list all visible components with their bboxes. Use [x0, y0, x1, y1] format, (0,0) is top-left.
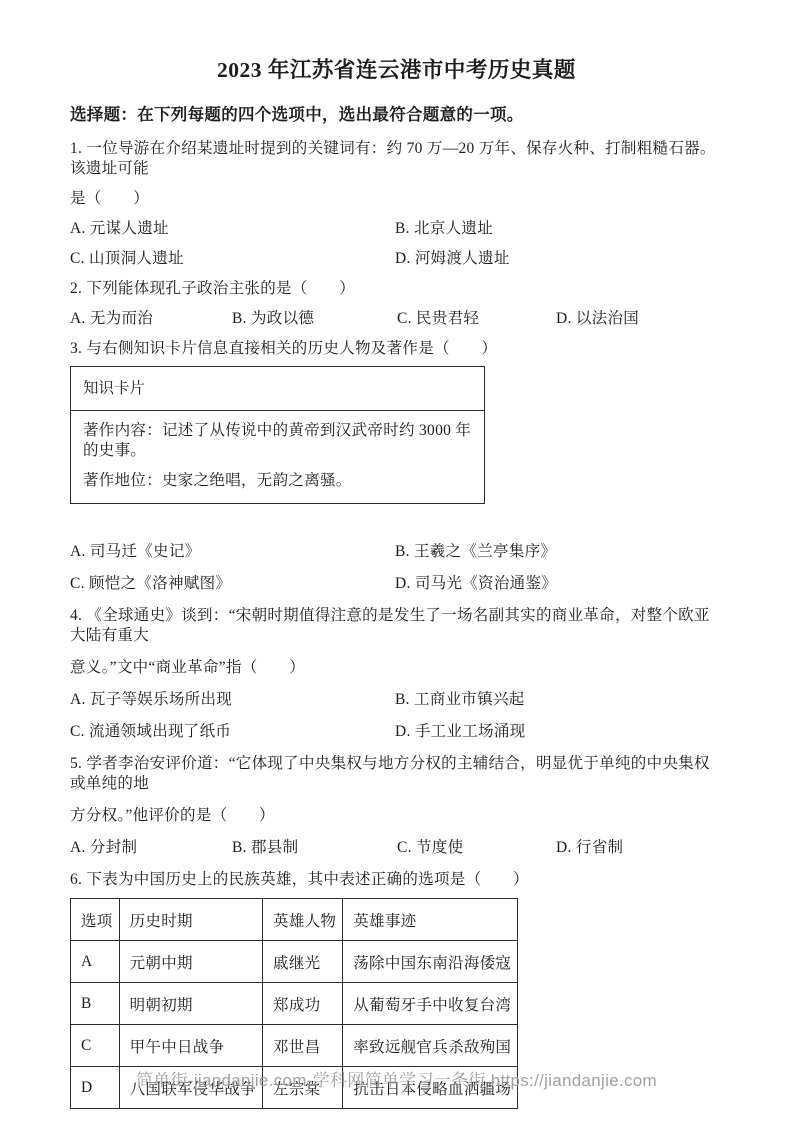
- table-cell: 元朝中期: [119, 941, 262, 983]
- table-row: B 明朝初期 郑成功 从葡萄牙手中收复台湾: [71, 983, 518, 1025]
- q3-options-row-2: C. 顾恺之《洛神赋图》 D. 司马光《资治通鉴》: [70, 574, 723, 594]
- table-cell: 荡除中国东南沿海倭寇: [343, 941, 518, 983]
- q1-options-row-2: C. 山顶洞人遗址 D. 河姆渡人遗址: [70, 249, 723, 269]
- q2-option-b: B. 为政以德: [232, 309, 397, 329]
- q4-options-row-2: C. 流通领域出现了纸币 D. 手工业工场涌现: [70, 722, 723, 742]
- table-header-deed: 英雄事迹: [343, 899, 518, 941]
- table-cell: 郑成功: [263, 983, 343, 1025]
- q3-stem-line-1: 3. 与右侧知识卡片信息直接相关的历史人物及著作是（ ）: [70, 339, 723, 359]
- q1-stem-line-2: 是（ ）: [70, 189, 723, 209]
- table-cell: B: [71, 983, 120, 1025]
- heroes-table-header-row: 选项 历史时期 英雄人物 英雄事迹: [71, 899, 518, 941]
- table-cell: C: [71, 1025, 120, 1067]
- q4-option-b: B. 工商业市镇兴起: [395, 690, 525, 710]
- q5-option-d: D. 行省制: [556, 838, 623, 858]
- q5-option-c: C. 节度使: [397, 838, 556, 858]
- knowledge-card-line-1: 著作内容：记述了从传说中的黄帝到汉武帝时约 3000 年的史事。: [83, 421, 472, 461]
- q5-stem-line-1: 5. 学者李治安评价道：“它体现了中央集权与地方分权的主辅结合，明显优于单纯的中…: [70, 754, 723, 794]
- q5-options-row: A. 分封制 B. 郡县制 C. 节度使 D. 行省制: [70, 838, 723, 858]
- knowledge-card-title: 知识卡片: [71, 367, 484, 411]
- exam-content: 2023 年江苏省连云港市中考历史真题 选择题：在下列每题的四个选项中，选出最符…: [0, 56, 793, 1109]
- table-cell: 甲午中日战争: [119, 1025, 262, 1067]
- q4-stem-line-1: 4. 《全球通史》谈到：“宋朝时期值得注意的是发生了一场名副其实的商业革命，对整…: [70, 606, 723, 646]
- q4-option-c: C. 流通领域出现了纸币: [70, 722, 395, 742]
- q2-option-d: D. 以法治国: [556, 309, 639, 329]
- q5-option-b: B. 郡县制: [232, 838, 397, 858]
- table-header-era: 历史时期: [119, 899, 262, 941]
- knowledge-card: 知识卡片 著作内容：记述了从传说中的黄帝到汉武帝时约 3000 年的史事。 著作…: [70, 366, 485, 504]
- table-row: C 甲午中日战争 邓世昌 率致远舰官兵杀敌殉国: [71, 1025, 518, 1067]
- q2-stem-line-1: 2. 下列能体现孔子政治主张的是（ ）: [70, 279, 723, 299]
- q4-stem-line-2: 意义。”文中“商业革命”指（ ）: [70, 658, 723, 678]
- q1-options-row-1: A. 元谋人遗址 B. 北京人遗址: [70, 219, 723, 239]
- exam-document-page: 2023 年江苏省连云港市中考历史真题 选择题：在下列每题的四个选项中，选出最符…: [0, 0, 793, 1122]
- table-header-option: 选项: [71, 899, 120, 941]
- table-header-hero: 英雄人物: [263, 899, 343, 941]
- q5-stem-line-2: 方分权。”他评价的是（ ）: [70, 806, 723, 826]
- footer-watermark: 简单街-jiandanjie.com-学科网简单学习一条街 https://ji…: [0, 1070, 793, 1092]
- q1-option-b: B. 北京人遗址: [395, 219, 493, 239]
- knowledge-card-body: 著作内容：记述了从传说中的黄帝到汉武帝时约 3000 年的史事。 著作地位：史家…: [71, 421, 484, 503]
- knowledge-card-line-2: 著作地位：史家之绝唱，无韵之离骚。: [83, 471, 472, 491]
- instructions: 选择题：在下列每题的四个选项中，选出最符合题意的一项。: [70, 104, 723, 126]
- table-cell: A: [71, 941, 120, 983]
- q4-options-row-1: A. 瓦子等娱乐场所出现 B. 工商业市镇兴起: [70, 690, 723, 710]
- q2-option-a: A. 无为而治: [70, 309, 232, 329]
- q3-option-d: D. 司马光《资治通鉴》: [395, 574, 557, 594]
- q3-option-a: A. 司马迁《史记》: [70, 542, 395, 562]
- q3-options-row-1: A. 司马迁《史记》 B. 王羲之《兰亭集序》: [70, 542, 723, 562]
- table-cell: 明朝初期: [119, 983, 262, 1025]
- table-cell: 从葡萄牙手中收复台湾: [343, 983, 518, 1025]
- q3-option-c: C. 顾恺之《洛神赋图》: [70, 574, 395, 594]
- q1-option-a: A. 元谋人遗址: [70, 219, 395, 239]
- page-title: 2023 年江苏省连云港市中考历史真题: [70, 56, 723, 84]
- table-cell: 戚继光: [263, 941, 343, 983]
- table-cell: 邓世昌: [263, 1025, 343, 1067]
- q4-option-a: A. 瓦子等娱乐场所出现: [70, 690, 395, 710]
- q2-options-row: A. 无为而治 B. 为政以德 C. 民贵君轻 D. 以法治国: [70, 309, 723, 329]
- q1-stem-line-1: 1. 一位导游在介绍某遗址时提到的关键词有：约 70 万—20 万年、保存火种、…: [70, 139, 723, 179]
- table-cell: 率致远舰官兵杀敌殉国: [343, 1025, 518, 1067]
- q2-option-c: C. 民贵君轻: [397, 309, 556, 329]
- q3-option-b: B. 王羲之《兰亭集序》: [395, 542, 556, 562]
- table-row: A 元朝中期 戚继光 荡除中国东南沿海倭寇: [71, 941, 518, 983]
- q5-option-a: A. 分封制: [70, 838, 232, 858]
- q1-option-d: D. 河姆渡人遗址: [395, 249, 510, 269]
- q1-option-c: C. 山顶洞人遗址: [70, 249, 395, 269]
- q6-stem-line-1: 6. 下表为中国历史上的民族英雄，其中表述正确的选项是（ ）: [70, 870, 723, 890]
- q4-option-d: D. 手工业工场涌现: [395, 722, 525, 742]
